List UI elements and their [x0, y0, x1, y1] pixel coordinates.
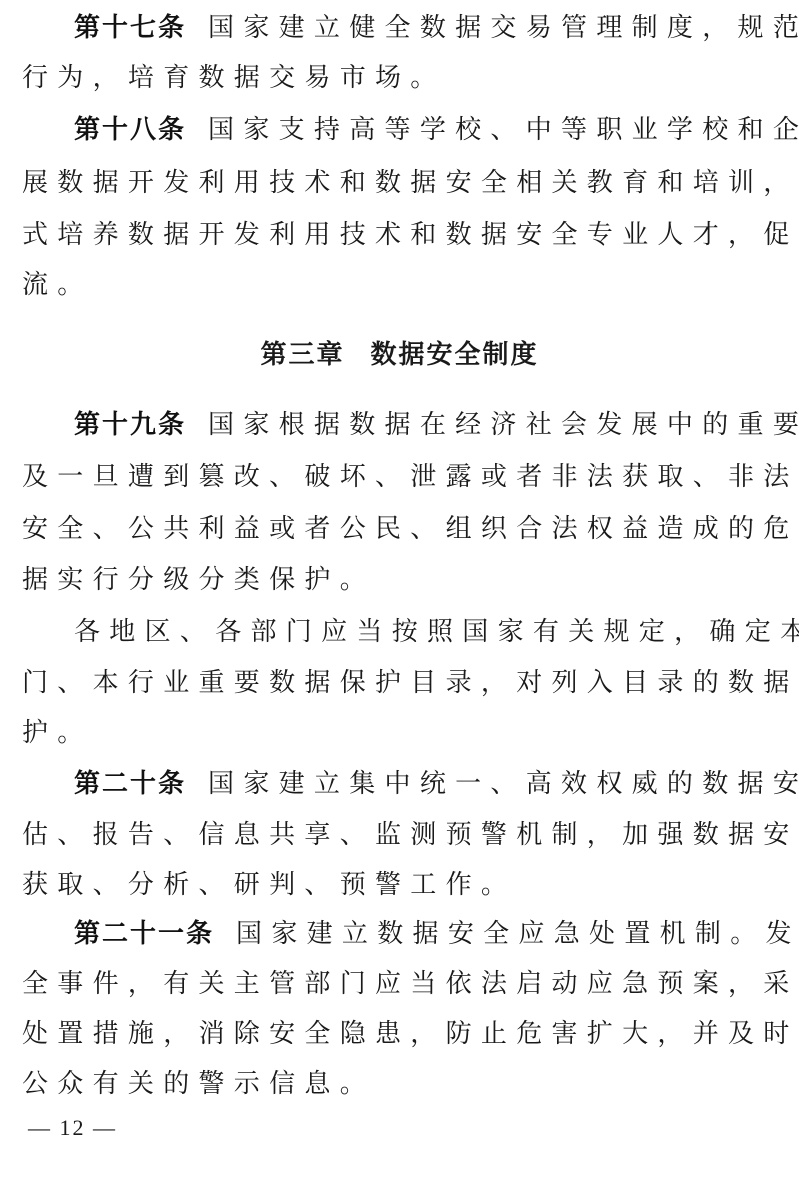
- article-19-line-2: 及一旦遭到篡改、破坏、泄露或者非法获取、非法利用，对国家: [22, 457, 767, 497]
- article-21-line-4: 公众有关的警示信息。: [22, 1064, 767, 1104]
- article-20-line-2: 估、报告、信息共享、监测预警机制，加强数据安全风险信息的: [22, 815, 767, 855]
- article-text: 国家建立数据安全应急处置机制。发生数据安: [236, 919, 799, 949]
- article-18-line-1: 第十八条国家支持高等学校、中等职业学校和企业等开: [74, 110, 767, 150]
- article-18-line-2: 展数据开发利用技术和数据安全相关教育和培训，采取多种方: [22, 163, 767, 203]
- article-label: 第十八条: [74, 115, 186, 145]
- chapter-heading: 第三章数据安全制度: [0, 335, 799, 375]
- article-19-para-2-line-2: 门、本行业重要数据保护目录，对列入目录的数据进行重点保: [22, 663, 767, 703]
- article-21-line-2: 全事件，有关主管部门应当依法启动应急预案，采取相应的应急: [22, 964, 767, 1004]
- article-label: 第十七条: [74, 13, 186, 43]
- article-20-line-3: 获取、分析、研判、预警工作。: [22, 865, 767, 905]
- article-label: 第二十一条: [74, 919, 214, 949]
- chapter-number: 第三章: [260, 340, 344, 370]
- article-18-line-4: 流。: [22, 265, 767, 305]
- article-text: 国家根据数据在经济社会发展中的重要程度，以: [208, 410, 799, 440]
- article-19-line-1: 第十九条国家根据数据在经济社会发展中的重要程度，以: [74, 405, 767, 445]
- article-17-line-1: 第十七条国家建立健全数据交易管理制度，规范数据交易: [74, 8, 767, 48]
- article-17-line-2: 行为，培育数据交易市场。: [22, 58, 767, 98]
- page-number: — 12 —: [28, 1112, 117, 1144]
- article-21-line-3: 处置措施，消除安全隐患，防止危害扩大，并及时向社会发布与: [22, 1014, 767, 1054]
- article-19-para-2-line-1: 各地区、各部门应当按照国家有关规定，确定本地区、本部: [74, 612, 767, 652]
- article-text: 国家支持高等学校、中等职业学校和企业等开: [208, 115, 799, 145]
- article-text: 国家建立健全数据交易管理制度，规范数据交易: [208, 13, 799, 43]
- article-19-line-3: 安全、公共利益或者公民、组织合法权益造成的危害程度，对数: [22, 509, 767, 549]
- article-19-para-2-line-3: 护。: [22, 713, 767, 753]
- article-18-line-3: 式培养数据开发利用技术和数据安全专业人才，促进人才交: [22, 215, 767, 255]
- article-text: 国家建立集中统一、高效权威的数据安全风险评: [208, 769, 799, 799]
- article-20-line-1: 第二十条国家建立集中统一、高效权威的数据安全风险评: [74, 764, 767, 804]
- article-19-line-4: 据实行分级分类保护。: [22, 560, 767, 600]
- chapter-title: 数据安全制度: [371, 340, 539, 370]
- article-21-line-1: 第二十一条国家建立数据安全应急处置机制。发生数据安: [74, 914, 767, 954]
- article-label: 第二十条: [74, 769, 186, 799]
- article-label: 第十九条: [74, 410, 186, 440]
